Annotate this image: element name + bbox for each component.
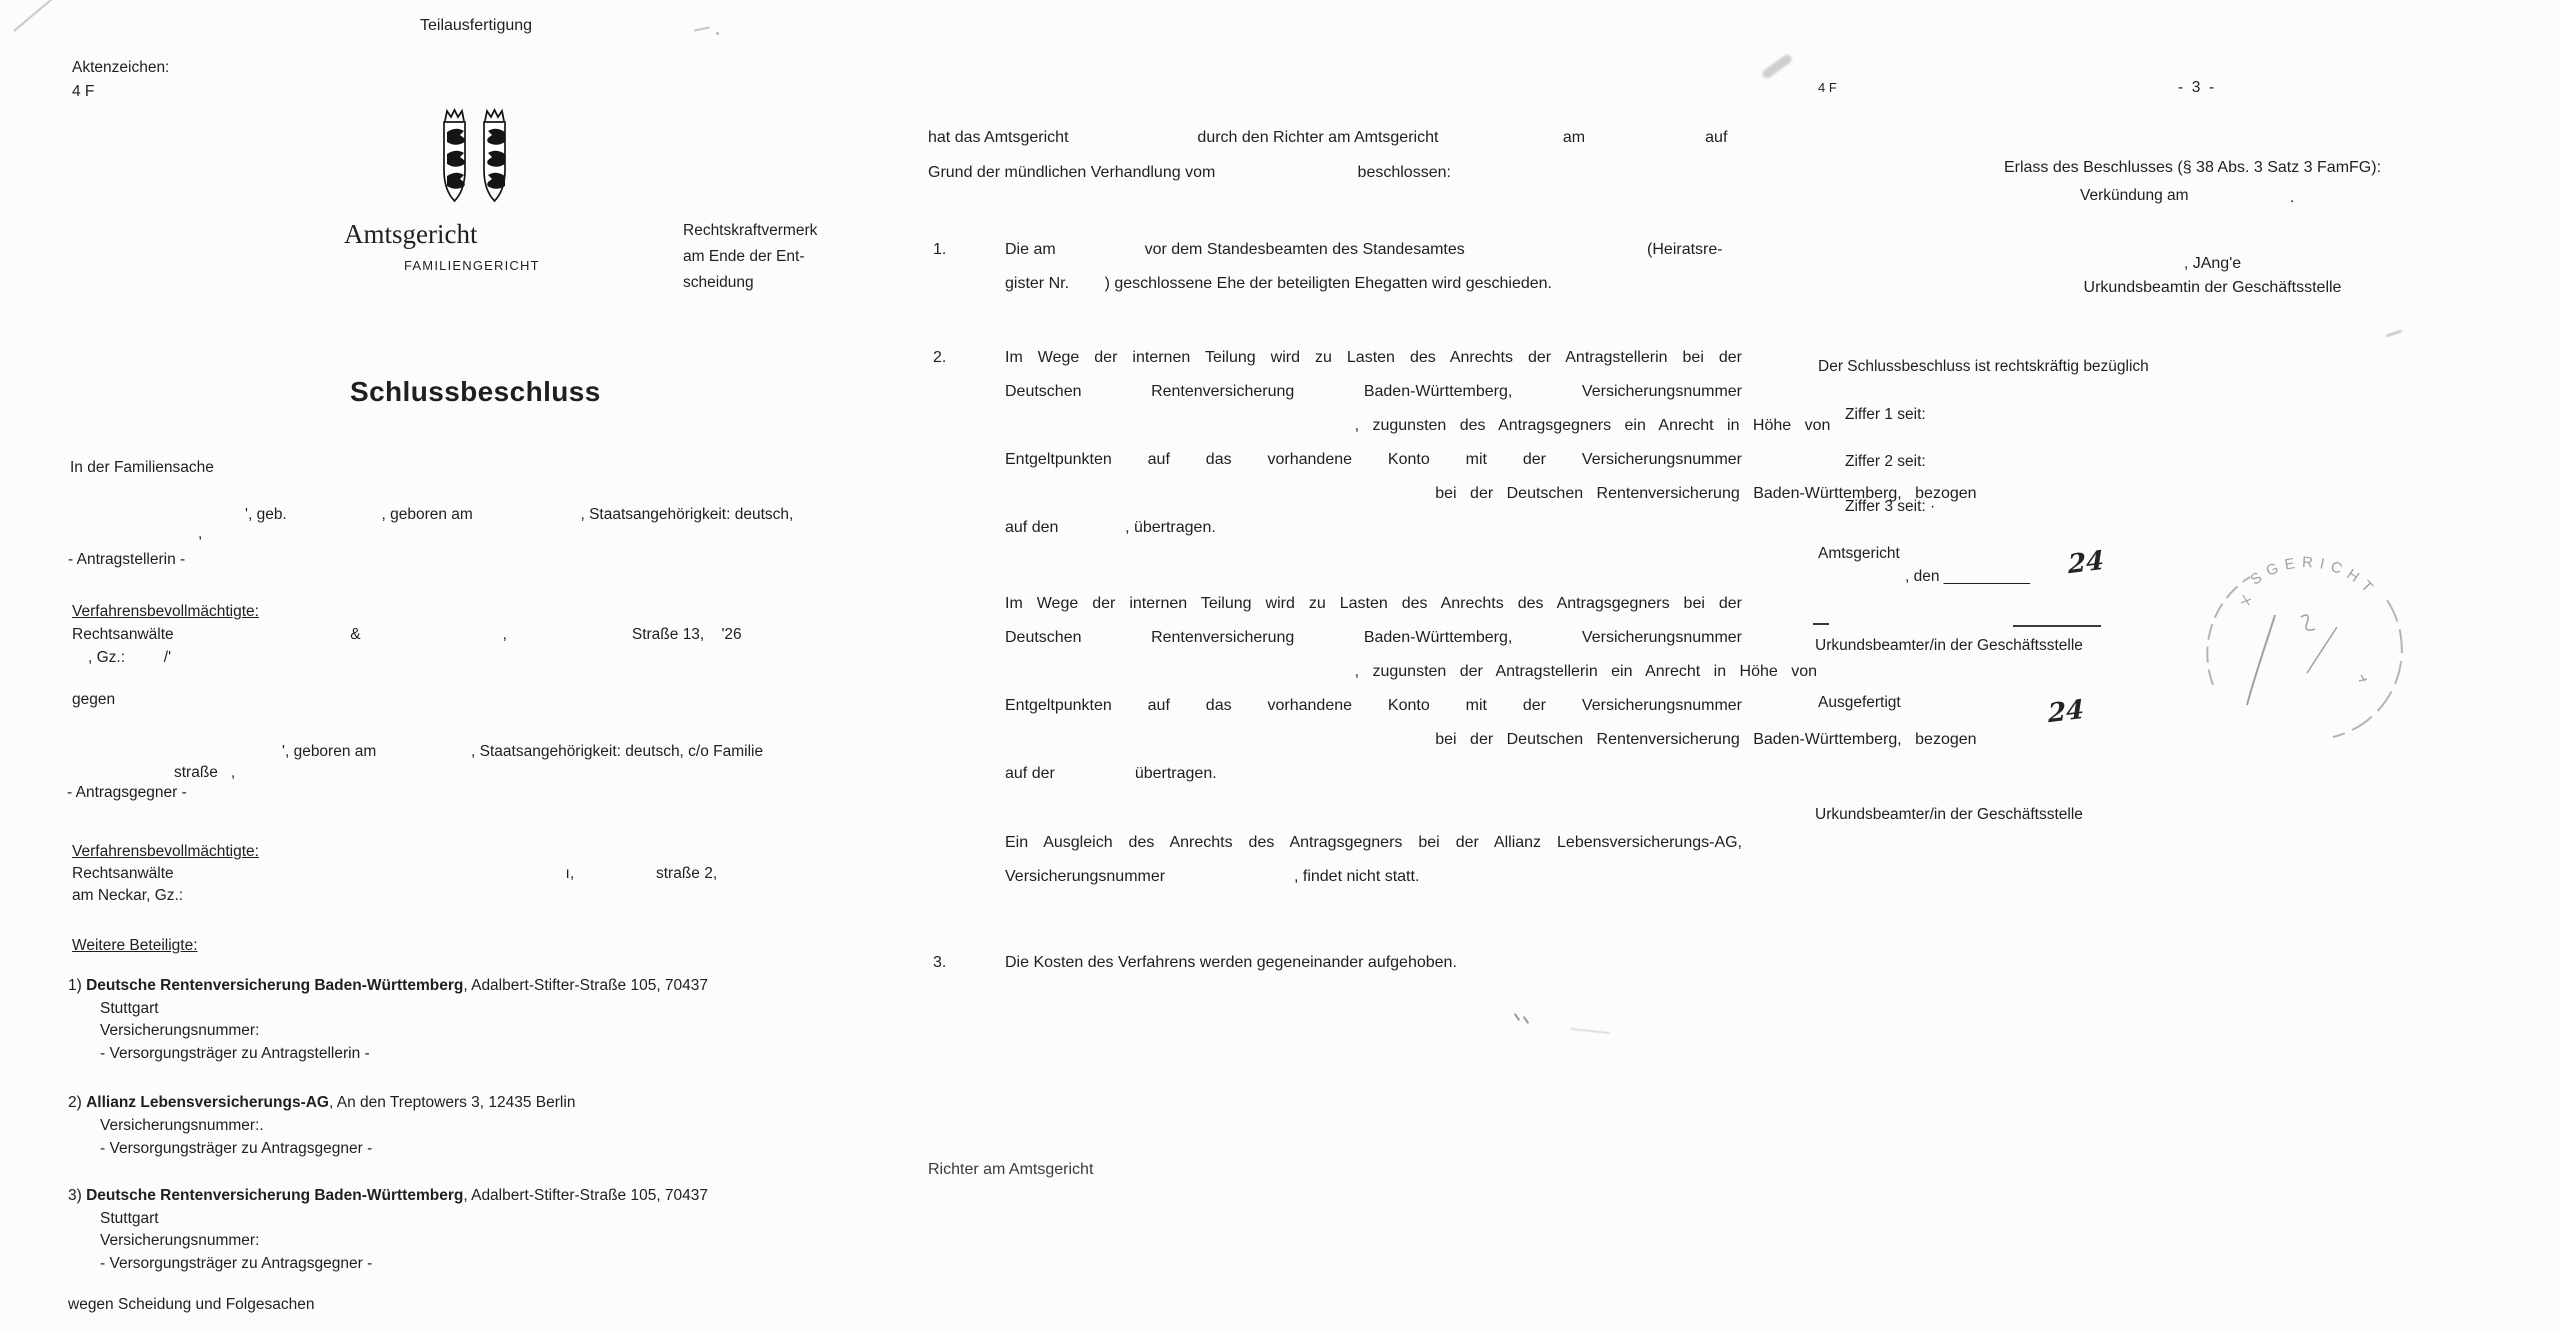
finality-court-line: Amtsgericht (1818, 544, 1900, 563)
clerk-title-finality: Urkundsbeamter/in der Geschäftsstelle (1815, 636, 2083, 655)
participant-1-address: , Adalbert-Stifter-Straße 105, 70437 (463, 977, 708, 994)
page3-file-number: 4 F (1818, 80, 1837, 96)
scanned-court-document: Teilausfertigung Aktenzeichen: 4 F Amtsg… (0, 0, 2560, 1334)
representatives-line-1: Rechtsanwälte & , Straße 13, '26 (72, 625, 742, 644)
item-3-text: Die Kosten des Verfahrens werden gegenei… (1005, 953, 1457, 973)
participant-2-line: 2) Allianz Lebensversicherungs-AG, An de… (68, 1093, 575, 1112)
case-intro: In der Familiensache (70, 458, 214, 477)
clerk-signature: , JAng'e (1990, 252, 2435, 276)
issuance-dot: . (2290, 188, 2294, 207)
clerk-title: Urkundsbeamtin der Geschäftsstelle (1990, 276, 2435, 300)
participant-3-insurance-label: Versicherungsnummer: (100, 1231, 259, 1250)
copy-type-note: Teilausfertigung (420, 16, 532, 36)
item-2-para1-line3: , zugunsten des Antragsgegners ein Anrec… (1005, 416, 1830, 436)
participant-1-insurance-label: Versicherungsnummer: (100, 1021, 259, 1040)
crown-icon (485, 110, 504, 121)
item-1-line2: gister Nr. ) geschlossene Ehe der beteil… (1005, 274, 1552, 294)
stamp-signature-stroke (2247, 615, 2275, 705)
item-2-para1-line6: auf den , übertragen. (1005, 518, 1216, 538)
participant-1-role: - Versorgungsträger zu Antragstellerin - (100, 1044, 370, 1063)
signature-rule-long (2013, 625, 2101, 627)
representatives-ref-2: am Neckar, Gz.: (72, 886, 183, 905)
issuance-block: Erlass des Beschlusses (§ 38 Abs. 3 Satz… (1970, 156, 2415, 180)
handwritten-date-1: 24 (2068, 546, 2105, 581)
stray-comma: , (198, 524, 202, 543)
legal-force-note: Rechtskraftvermerkam Ende der Ent-scheid… (683, 218, 817, 296)
clerk-title-issued: Urkundsbeamter/in der Geschäftsstelle (1815, 805, 2083, 824)
participant-2-address: , An den Treptowers 3, 12435 Berlin (329, 1094, 575, 1111)
item-2-para2-line6: auf der übertragen. (1005, 764, 1217, 784)
item-2-para3-line2: Versicherungsnummer , findet nicht statt… (1005, 867, 1419, 887)
participant-3-address: , Adalbert-Stifter-Straße 105, 70437 (463, 1187, 708, 1204)
item-2-para3-line1: Ein Ausgleich des Anrechts des Antragsge… (1005, 833, 1742, 853)
file-number-label: Aktenzeichen: (72, 58, 169, 77)
legal-force-note-line3: scheidung (683, 270, 817, 296)
scan-dot-speck (716, 32, 719, 35)
item-2-para2-line3: , zugunsten der Antragstellerin ein Anre… (1005, 662, 1817, 682)
document-title: Schlussbeschluss (350, 374, 601, 409)
participant-1-city: Stuttgart (100, 999, 159, 1018)
versus-label: gegen (72, 690, 115, 709)
participant-3-name: Deutsche Rentenversicherung Baden-Württe… (86, 1187, 463, 1204)
legal-force-note-line1: Rechtskraftvermerk (683, 218, 817, 244)
representatives-heading-2: Verfahrensbevollmächtigte: (72, 842, 259, 861)
finality-date-line: , den __________ (1905, 567, 2030, 586)
clerk-block: , JAng'e Urkundsbeamtin der Geschäftsste… (1990, 252, 2435, 300)
issuance-heading: Erlass des Beschlusses (§ 38 Abs. 3 Satz… (1970, 156, 2415, 180)
scan-squiggle-mark (694, 26, 710, 31)
item-2-para1-line5: bei der Deutschen Rentenversicherung Bad… (1005, 484, 1977, 504)
participant-2-number: 2) (68, 1094, 86, 1111)
scan-tick-mark (1514, 1013, 1520, 1021)
file-number-value: 4 F (72, 82, 94, 101)
page3-page-number: - 3 - (2178, 78, 2214, 97)
scan-corner-fold (13, 0, 53, 32)
item-3-number: 3. (933, 953, 946, 973)
participant-3-role: - Versorgungsträger zu Antragsgegner - (100, 1254, 372, 1273)
participant-1-line: 1) Deutsche Rentenversicherung Baden-Wür… (68, 976, 708, 995)
respondent-role: - Antragsgegner - (67, 783, 187, 802)
item-2-para1-line1: Im Wege der internen Teilung wird zu Las… (1005, 348, 1742, 368)
scan-faint-arc (1570, 1028, 1610, 1034)
scan-tick-mark (1523, 1016, 1529, 1024)
decision-preamble-line1: hat das Amtsgericht durch den Richter am… (928, 128, 1727, 148)
item-2-para2-line2: Deutschen Rentenversicherung Baden-Württ… (1005, 628, 1742, 648)
representatives-line-2: Rechtsanwälte ı, straße 2, (72, 864, 717, 883)
participant-3-line: 3) Deutsche Rentenversicherung Baden-Wür… (68, 1186, 708, 1205)
participant-1-name: Deutsche Rentenversicherung Baden-Württe… (86, 977, 463, 994)
item-2-para1-line4: Entgeltpunkten auf das vorhandene Konto … (1005, 450, 1742, 470)
petitioner-role: - Antragstellerin - (68, 550, 185, 569)
signature-rule-short (1813, 623, 1829, 625)
item-2-para2-line4: Entgeltpunkten auf das vorhandene Konto … (1005, 696, 1742, 716)
svg-text:SGERICHT: SGERICHT (2245, 555, 2384, 608)
court-name: Amtsgericht (344, 218, 477, 252)
item-2-number: 2. (933, 348, 946, 368)
item-2-para2-line5: bei der Deutschen Rentenversicherung Bad… (1005, 730, 1977, 750)
judge-signature-title: Richter am Amtsgericht (928, 1160, 1093, 1180)
participant-1-number: 1) (68, 977, 86, 994)
petitioner-line: ', geb. , geboren am , Staatsangehörigke… (245, 505, 793, 524)
respondent-line-2: straße , (174, 763, 235, 782)
baden-wuerttemberg-coat-of-arms (437, 108, 515, 208)
participant-2-name: Allianz Lebensversicherungs-AG (86, 1094, 329, 1111)
finality-statement: Der Schlussbeschluss ist rechtskräftig b… (1818, 357, 2149, 376)
legal-force-note-line2: am Ende der Ent- (683, 244, 817, 270)
other-participants-heading: Weitere Beteiligte: (72, 936, 198, 955)
participant-2-insurance-label: Versicherungsnummer:. (100, 1116, 264, 1135)
representatives-ref-1: , Gz.: /' (88, 648, 171, 667)
decision-preamble-line2: Grund der mündlichen Verhandlung vom bes… (928, 163, 1451, 183)
item-2-para1-line2: Deutschen Rentenversicherung Baden-Württ… (1005, 382, 1742, 402)
court-division: FAMILIENGERICHT (404, 258, 540, 274)
participant-3-number: 3) (68, 1187, 86, 1204)
ziffer-1-line: Ziffer 1 seit: (1845, 405, 1926, 424)
participant-2-role: - Versorgungsträger zu Antragsgegner - (100, 1139, 372, 1158)
handwritten-date-2: 24 (2048, 695, 2085, 730)
item-2-para2-line1: Im Wege der internen Teilung wird zu Las… (1005, 594, 1742, 614)
stamp-arc-text: SGERICHT (2245, 555, 2384, 608)
court-round-stamp: SGERICHT (2195, 555, 2410, 755)
ziffer-2-line: Ziffer 2 seit: (1845, 452, 1926, 471)
crown-icon (445, 110, 464, 121)
item-1-number: 1. (933, 240, 946, 260)
participant-3-city: Stuttgart (100, 1209, 159, 1228)
issued-label: Ausgefertigt (1818, 693, 1901, 712)
item-1-line1: Die am vor dem Standesbeamten des Stande… (1005, 240, 1723, 260)
scan-pencil-smudge (1761, 53, 1794, 80)
respondent-line: ', geboren am , Staatsangehörigkeit: deu… (282, 742, 763, 761)
ziffer-3-line: Ziffer 3 seit: · (1845, 497, 1935, 516)
case-subject: wegen Scheidung und Folgesachen (68, 1295, 314, 1314)
scan-pencil-tick (2386, 330, 2402, 338)
issuance-pronounced-line: Verkündung am (2080, 186, 2189, 205)
representatives-heading-1: Verfahrensbevollmächtigte: (72, 602, 259, 621)
